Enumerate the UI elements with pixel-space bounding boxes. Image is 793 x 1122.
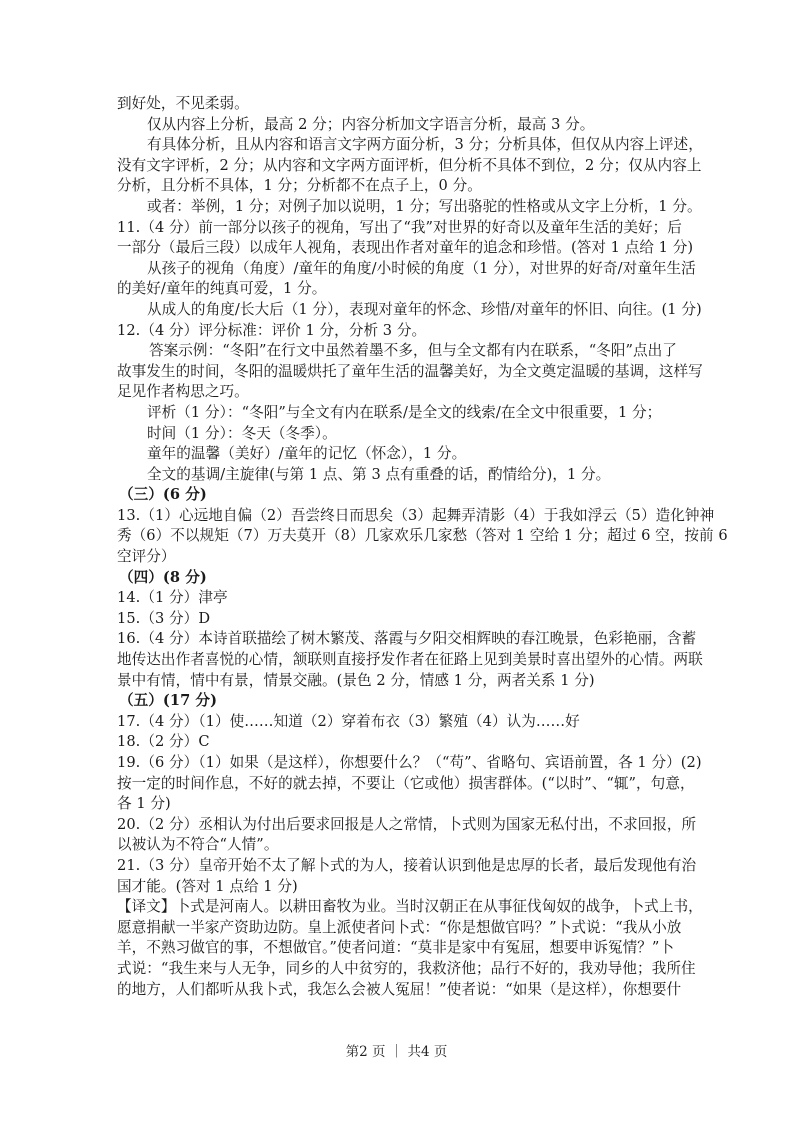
text-line: 的美好/童年的纯真可爱，1 分。 (117, 279, 673, 300)
section-heading: （四）(8 分) (117, 568, 673, 589)
text-line: 仅从内容上分析，最高 2 分；内容分析加文字语言分析，最高 3 分。 (117, 115, 673, 136)
text-line: 到好处，不见柔弱。 (117, 94, 673, 115)
text-line: 16.（4 分）本诗首联描绘了树木繁茂、落霞与夕阳交相辉映的春江晚景，色彩艳丽，… (117, 629, 673, 650)
text-line: 18.（2 分）C (117, 732, 673, 753)
text-line: 时间（1 分）：冬天（冬季）。 (117, 424, 673, 445)
text-line: 式说：“我生来与人无争，同乡的人中贫穷的，我救济他；品行不好的，我劝导他；我所住 (117, 959, 673, 980)
text-line: 国才能。(答对 1 点给 1 分) (117, 877, 673, 898)
text-line: 秀（6）不以规矩（7）万夫莫开（8）几家欢乐几家愁（答对 1 空给 1 分；超过… (117, 526, 673, 547)
text-line: 空评分） (117, 547, 673, 568)
text-line: 评析（1 分）：“冬阳”与全文有内在联系/是全文的线索/在全文中很重要，1 分； (117, 403, 673, 424)
text-line: 21.（3 分）皇帝开始不太了解卜式的为人，接着认识到他是忠厚的长者，最后发现他… (117, 856, 673, 877)
text-line: 12.（4 分）评分标准：评价 1 分，分析 3 分。 (117, 321, 673, 342)
text-line: 地传达出作者喜悦的心情，颔联则直接抒发作者在征路上见到美景时喜出望外的心情。两联 (117, 650, 673, 671)
text-line: 以被认为不符合“人情”。 (117, 835, 673, 856)
text-line: 11.（4 分）前一部分以孩子的视角，写出了“我”对世界的好奇以及童年生活的美好… (117, 218, 673, 239)
text-line: 或者：举例，1 分；对例子加以说明，1 分；写出骆驼的性格或从文字上分析，1 分… (117, 197, 673, 218)
text-line: 有具体分析，且从内容和语言文字两方面分析，3 分；分析具体，但仅从内容上评述， (117, 135, 673, 156)
text-line: 17.（4 分）（1）使……知道（2）穿着布衣（3）繁殖（4）认为……好 (117, 712, 673, 733)
section-heading: （三）(6 分) (117, 485, 673, 506)
text-line: 的地方，人们都听从我卜式，我怎么会被人冤屈！”使者说：“如果（是这样），你想要什 (117, 980, 673, 1001)
text-line: 【译文】卜式是河南人。以耕田畜牧为业。当时汉朝正在从事征伐匈奴的战争，卜式上书， (117, 897, 673, 918)
text-line: 15.（3 分）D (117, 609, 673, 630)
text-line: 13.（1）心远地自偏（2）吾尝终日而思矣（3）起舞弄清影（4）于我如浮云（5）… (117, 506, 673, 527)
page-footer: 第2 页 ｜ 共4 页 (0, 1040, 793, 1060)
text-line: 分析，且分析不具体，1 分；分析都不在点子上，0 分。 (117, 176, 673, 197)
text-line: 19.（6 分）（1）如果（是这样），你想要什么？（“苟”、省略句、宾语前置，各… (117, 753, 673, 774)
text-line: 故事发生的时间，冬阳的温暖烘托了童年生活的温馨美好，为全文奠定温暖的基调，这样写 (117, 362, 673, 383)
text-line: 一部分（最后三段）以成年人视角，表现出作者对童年的追念和珍惜。(答对 1 点给 … (117, 238, 673, 259)
text-line: 没有文字评析，2 分；从内容和文字两方面评析，但分析不具体不到位，2 分；仅从内… (117, 156, 673, 177)
document-page: 到好处，不见柔弱。仅从内容上分析，最高 2 分；内容分析加文字语言分析，最高 3… (117, 94, 673, 1000)
text-line: 从成人的角度/长大后（1 分），表现对童年的怀念、珍惜/对童年的怀旧、向往。(1… (117, 300, 673, 321)
text-line: 按一定的时间作息，不好的就去掉，不要让（它或他）损害群体。(“以时”、“辄”，句… (117, 774, 673, 795)
text-line: 童年的温馨（美好）/童年的记忆（怀念），1 分。 (117, 444, 673, 465)
text-line: 全文的基调/主旋律(与第 1 点、第 3 点有重叠的话，酌情给分)，1 分。 (117, 465, 673, 486)
text-line: 足见作者构思之巧。 (117, 382, 673, 403)
text-line: 愿意捐献一半家产资助边防。皇上派使者问卜式：“你是想做官吗？”卜式说：“我从小放 (117, 918, 673, 939)
section-heading: （五）(17 分) (117, 691, 673, 712)
text-line: 从孩子的视角（角度）/童年的角度/小时候的角度（1 分），对世界的好奇/对童年生… (117, 259, 673, 280)
text-line: 景中有情，情中有景，情景交融。(景色 2 分，情感 1 分，两者关系 1 分) (117, 671, 673, 692)
text-line: 答案示例：“冬阳”在行文中虽然着墨不多，但与全文都有内在联系，“冬阳”点出了 (117, 341, 673, 362)
text-line: 14.（1 分）津亭 (117, 588, 673, 609)
text-line: 羊，不熟习做官的事，不想做官。”使者问道：“莫非是家中有冤屈，想要申诉冤情？”卜 (117, 938, 673, 959)
text-line: 20.（2 分）丞相认为付出后要求回报是人之常情，卜式则为国家无私付出，不求回报… (117, 815, 673, 836)
text-line: 各 1 分) (117, 794, 673, 815)
page-number: 第2 页 ｜ 共4 页 (346, 1044, 448, 1060)
